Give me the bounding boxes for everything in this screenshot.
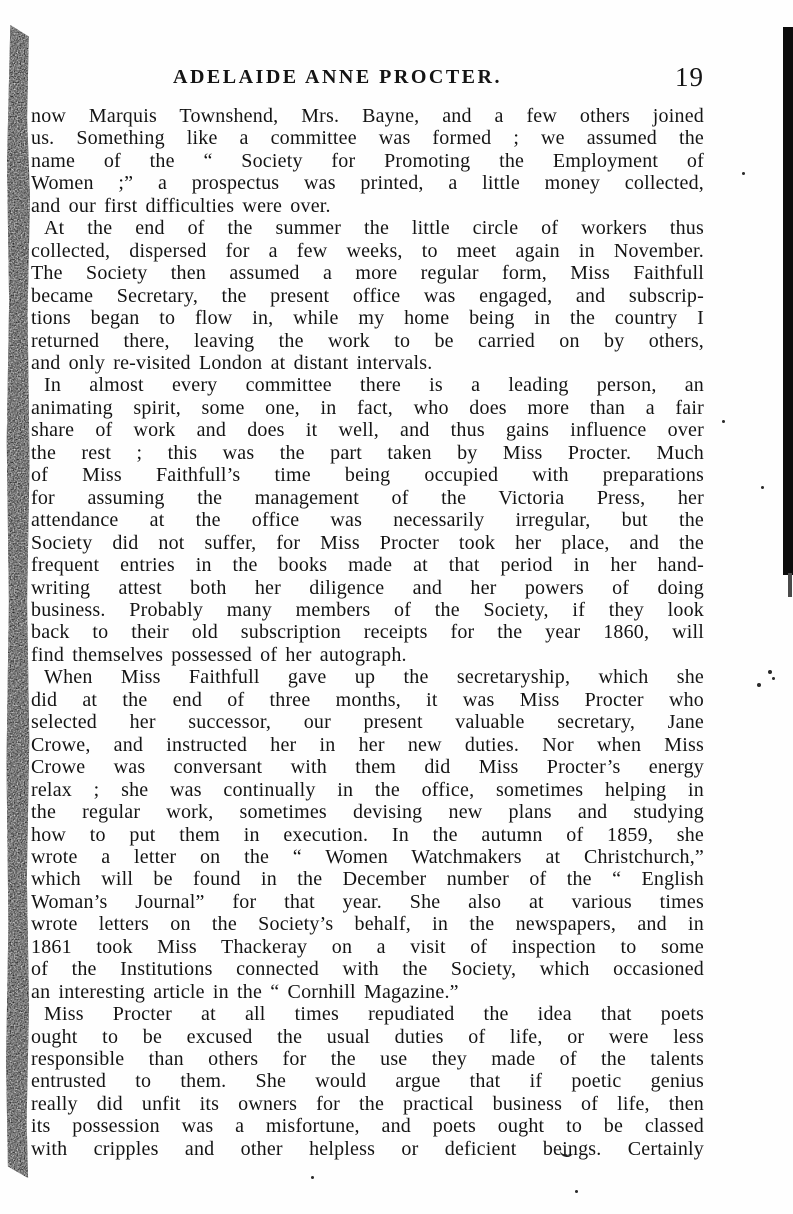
text-line: selected her successor, our present valu… xyxy=(31,711,704,733)
text-line: became Secretary, the present office was… xyxy=(31,285,704,307)
text-line: tions began to flow in, while my home be… xyxy=(31,307,704,329)
text-line: Crowe was conversant with them did Miss … xyxy=(31,756,704,778)
text-line: wrote a letter on the “ Women Watchmaker… xyxy=(31,846,704,868)
page-number: 19 xyxy=(675,62,704,93)
ink-speck xyxy=(761,486,764,489)
ink-speck xyxy=(722,420,725,423)
text-line: The Society then assumed a more regular … xyxy=(31,262,704,284)
text-line: returned there, leaving the work to be c… xyxy=(31,330,704,352)
text-line: and only re-visited London at distant in… xyxy=(31,352,704,374)
text-line: which will be found in the December numb… xyxy=(31,868,704,890)
text-line: relax ; she was continually in the offic… xyxy=(31,779,704,801)
text-line: an interesting article in the “ Cornhill… xyxy=(31,981,704,1003)
text-line: At the end of the summer the little circ… xyxy=(31,217,704,239)
text-line: collected, dispersed for a few weeks, to… xyxy=(31,240,704,262)
text-line: did at the end of three months, it was M… xyxy=(31,689,704,711)
text-line: frequent entries in the books made at th… xyxy=(31,554,704,576)
text-line: ought to be excused the usual duties of … xyxy=(31,1026,704,1048)
text-line: the regular work, sometimes devising new… xyxy=(31,801,704,823)
text-line: writing attest both her diligence and he… xyxy=(31,577,704,599)
text-line: Woman’s Journal” for that year. She also… xyxy=(31,891,704,913)
text-line: now Marquis Townshend, Mrs. Bayne, and a… xyxy=(31,105,704,127)
text-line: with cripples and other helpless or defi… xyxy=(31,1138,704,1160)
ink-speck xyxy=(768,670,772,674)
gutter-noise-texture xyxy=(6,25,30,1178)
ink-speck xyxy=(311,1176,314,1179)
running-head: ADELAIDE ANNE PROCTER. 19 xyxy=(31,62,704,92)
text-line: animating spirit, some one, in fact, who… xyxy=(31,397,704,419)
text-line: how to put them in execution. In the aut… xyxy=(31,824,704,846)
ink-speck xyxy=(742,172,745,175)
text-line: name of the “ Society for Promoting the … xyxy=(31,150,704,172)
text-line: Women ;” a prospectus was printed, a lit… xyxy=(31,172,704,194)
text-line: of Miss Faithfull’s time being occupied … xyxy=(31,464,704,486)
page-text: now Marquis Townshend, Mrs. Bayne, and a… xyxy=(31,105,704,1160)
text-line: In almost every committee there is a lea… xyxy=(31,374,704,396)
scan-edge-bar-tail xyxy=(788,573,792,597)
scanned-book-page: ADELAIDE ANNE PROCTER. 19 now Marquis To… xyxy=(0,0,793,1214)
text-line: its possession was a misfortune, and poe… xyxy=(31,1115,704,1137)
text-line: back to their old subscription receipts … xyxy=(31,621,704,643)
text-line: us. Something like a committee was forme… xyxy=(31,127,704,149)
ink-speck xyxy=(772,677,775,680)
text-line: entrusted to them. She would argue that … xyxy=(31,1070,704,1092)
ink-speck xyxy=(757,683,761,687)
text-line: really did unfit its owners for the prac… xyxy=(31,1093,704,1115)
text-line: share of work and does it well, and thus… xyxy=(31,419,704,441)
book-gutter-shadow xyxy=(6,25,30,1178)
ink-speck xyxy=(575,1190,578,1193)
scan-edge-bar xyxy=(783,27,793,575)
page-title: ADELAIDE ANNE PROCTER. xyxy=(31,66,644,89)
text-line: find themselves possessed of her autogra… xyxy=(31,644,704,666)
text-line: 1861 took Miss Thackeray on a visit of i… xyxy=(31,936,704,958)
text-line: Society did not suffer, for Miss Procter… xyxy=(31,532,704,554)
text-line: and our first difficulties were over. xyxy=(31,195,704,217)
text-line: wrote letters on the Society’s behalf, i… xyxy=(31,913,704,935)
text-line: responsible than others for the use they… xyxy=(31,1048,704,1070)
text-line: Miss Procter at all times repudiated the… xyxy=(31,1003,704,1025)
text-line: business. Probably many members of the S… xyxy=(31,599,704,621)
text-line: Crowe, and instructed her in her new dut… xyxy=(31,734,704,756)
text-line: attendance at the office was necessarily… xyxy=(31,509,704,531)
text-line: the rest ; this was the part taken by Mi… xyxy=(31,442,704,464)
text-line: for assuming the management of the Victo… xyxy=(31,487,704,509)
text-line: When Miss Faithfull gave up the secretar… xyxy=(31,666,704,688)
text-line: of the Institutions connected with the S… xyxy=(31,958,704,980)
